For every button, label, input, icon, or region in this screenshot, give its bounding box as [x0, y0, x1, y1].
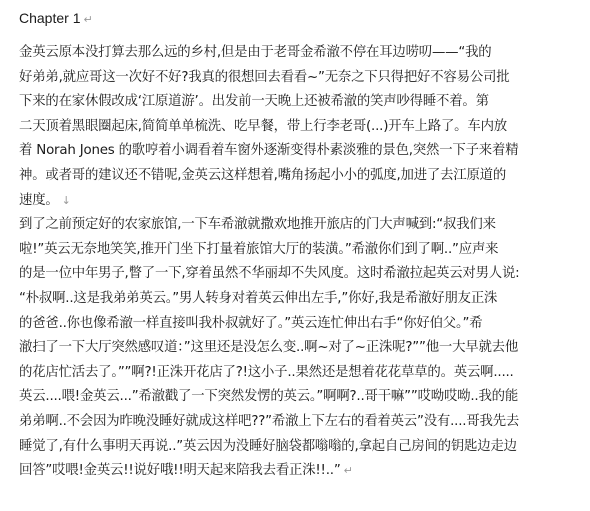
- document-page: Chapter 1↵ 金英云原本没打算去那么远的乡村,但是由于老哥金希澈不停在耳…: [0, 0, 590, 511]
- text-line: 的是一位中年男子,瞥了一下,穿着虽然不华丽却不失风度。这时希澈拉起英云对男人说:: [19, 262, 585, 287]
- text-line: 的花店忙活去了。””啊?!正洙开花店了?!这小子..果然还是想着花花草草的。英云…: [19, 361, 585, 386]
- text-line-last: 速度。↓: [19, 189, 585, 214]
- paragraph-mark-icon: ↵: [83, 14, 92, 26]
- line-break-mark-icon: ↓: [62, 194, 71, 207]
- text-line: 二天顶着黑眼圈起床,简简单单梳洗、吃早餐，带上行李老哥(...)开车上路了。车内…: [19, 115, 585, 140]
- chapter-heading: Chapter 1↵: [19, 8, 93, 30]
- text-line: 的爸爸..你也像希澈一样直接叫我朴叔就好了。”英云连忙伸出右手“你好伯父。”希: [19, 312, 585, 337]
- paragraph-2: 到了之前预定好的农家旅馆,一下车希澈就撒欢地推开旅店的门大声喊到:“叔我们来 啦…: [19, 213, 585, 484]
- text-line: 回答”哎喂!金英云!!说好哦!!明天起来陪我去看正洙!!..”: [19, 463, 341, 478]
- text-line: 弟弟啊..不会因为昨晚没睡好就成这样吧??”希澈上下左右的看着英云”没有....…: [19, 410, 585, 435]
- body-text[interactable]: 金英云原本没打算去那么远的乡村,但是由于老哥金希澈不停在耳边唠叨——“我的 好弟…: [19, 41, 585, 484]
- text-line: 神。或者哥的建议还不错呢,金英云这样想着,嘴角扬起小小的弧度,加进了去江原道的: [19, 164, 585, 189]
- text-line: 着 Norah Jones 的歌哼着小调看着车窗外逐渐变得朴素淡雅的景色,突然一…: [19, 139, 585, 164]
- text-line: 英云....喂!金英云...”希澈戳了一下突然发愣的英云。”啊啊?..哥干嘛””…: [19, 385, 585, 410]
- text-line: 速度。: [19, 193, 59, 208]
- text-line: 下来的在家休假改成‘江原道游’。出发前一天晚上还被希澈的笑声吵得睡不着。第: [19, 90, 585, 115]
- text-line: 睡觉了,有什么事明天再说..”英云因为没睡好脑袋都嗡嗡的,拿起自己房间的钥匙边走…: [19, 435, 585, 460]
- text-line: 澈扫了一下大厅突然感叹道：”这里还是没怎么变..啊~对了~正洙呢?””他一大早就…: [19, 336, 585, 361]
- paragraph-mark-icon: ↵: [344, 464, 353, 477]
- paragraph-1: 金英云原本没打算去那么远的乡村,但是由于老哥金希澈不停在耳边唠叨——“我的 好弟…: [19, 41, 585, 213]
- text-line: 金英云原本没打算去那么远的乡村,但是由于老哥金希澈不停在耳边唠叨——“我的: [19, 41, 585, 66]
- text-line: 到了之前预定好的农家旅馆,一下车希澈就撒欢地推开旅店的门大声喊到:“叔我们来: [19, 213, 585, 238]
- text-line: 啦!”英云无奈地笑笑,推开门坐下打量着旅馆大厅的装潢。”希澈你们到了啊..”应声…: [19, 238, 585, 263]
- text-line-last: 回答”哎喂!金英云!!说好哦!!明天起来陪我去看正洙!!..”↵: [19, 459, 585, 484]
- chapter-title: Chapter 1: [19, 10, 80, 26]
- text-line: “朴叔啊..这是我弟弟英云。”男人转身对着英云伸出左手,”你好,我是希澈好朋友正…: [19, 287, 585, 312]
- text-line: 好弟弟,就应哥这一次好不好?我真的很想回去看看~”无奈之下只得把好不容易公司批: [19, 66, 585, 91]
